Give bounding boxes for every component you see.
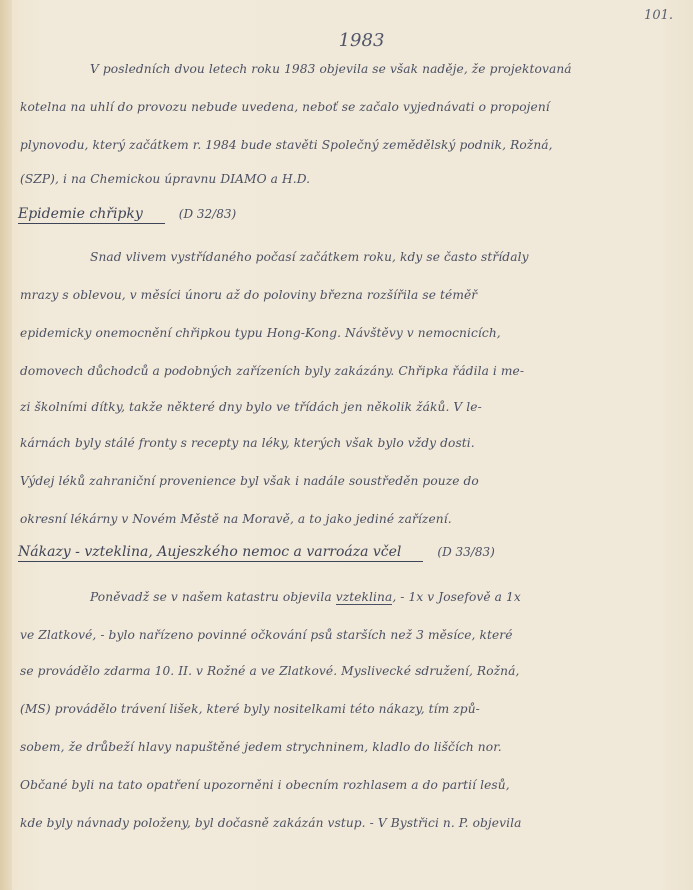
- diseases-line-2: ve Zlatkové, - bylo nařízeno povinné očk…: [20, 628, 680, 642]
- manuscript-page: 101. 1983 V posledních dvou letech roku …: [0, 0, 693, 890]
- text-span: , - 1x v Josefově a 1x: [392, 590, 520, 604]
- epidemic-line-7: Výdej léků zahraniční provenience byl vš…: [20, 474, 680, 488]
- page-number: 101.: [644, 8, 673, 23]
- underlined-term: vzteklina: [336, 590, 393, 605]
- epidemic-line-8: okresní lékárny v Novém Městě na Moravě,…: [20, 512, 680, 526]
- section-reference: (D 32/83): [179, 207, 236, 221]
- diseases-line-6: Občané byli na tato opatření upozorněni …: [20, 778, 680, 792]
- epidemic-line-5: zi školními dítky, takže některé dny byl…: [20, 400, 680, 414]
- intro-line-1: V posledních dvou letech roku 1983 objev…: [20, 62, 680, 76]
- year-heading: 1983: [0, 30, 693, 51]
- section-heading-epidemic: Epidemie chřipky(D 32/83): [18, 206, 236, 222]
- diseases-line-7: kde byly návnady položeny, byl dočasně z…: [20, 816, 680, 830]
- epidemic-line-6: kárnách byly stálé fronty s recepty na l…: [20, 436, 680, 450]
- intro-line-2: kotelna na uhlí do provozu nebude uveden…: [20, 100, 680, 114]
- text-span: Poněvadž se v našem katastru objevila: [90, 590, 336, 604]
- section-heading-diseases: Nákazy - vzteklina, Aujeszkého nemoc a v…: [18, 544, 495, 560]
- diseases-line-5: sobem, že drůbeží hlavy napuštěné jedem …: [20, 740, 680, 754]
- section-title: Epidemie chřipky: [18, 206, 165, 224]
- epidemic-line-1: Snad vlivem vystřídaného počasí začátkem…: [20, 250, 680, 264]
- intro-line-3: plynovodu, který začátkem r. 1984 bude s…: [20, 138, 680, 152]
- section-title: Nákazy - vzteklina, Aujeszkého nemoc a v…: [18, 544, 423, 562]
- section-reference: (D 33/83): [437, 545, 494, 559]
- epidemic-line-2: mrazy s oblevou, v měsíci únoru až do po…: [20, 288, 680, 302]
- binding-edge: [0, 0, 12, 890]
- diseases-line-4: (MS) provádělo trávení lišek, které byly…: [20, 702, 680, 716]
- diseases-line-3: se provádělo zdarma 10. II. v Rožné a ve…: [20, 664, 680, 678]
- intro-line-4: (SZP), i na Chemickou úpravnu DIAMO a H.…: [20, 172, 680, 186]
- epidemic-line-3: epidemicky onemocnění chřipkou typu Hong…: [20, 326, 680, 340]
- diseases-line-1: Poněvadž se v našem katastru objevila vz…: [20, 590, 680, 604]
- epidemic-line-4: domovech důchodců a podobných zařízeních…: [20, 364, 680, 378]
